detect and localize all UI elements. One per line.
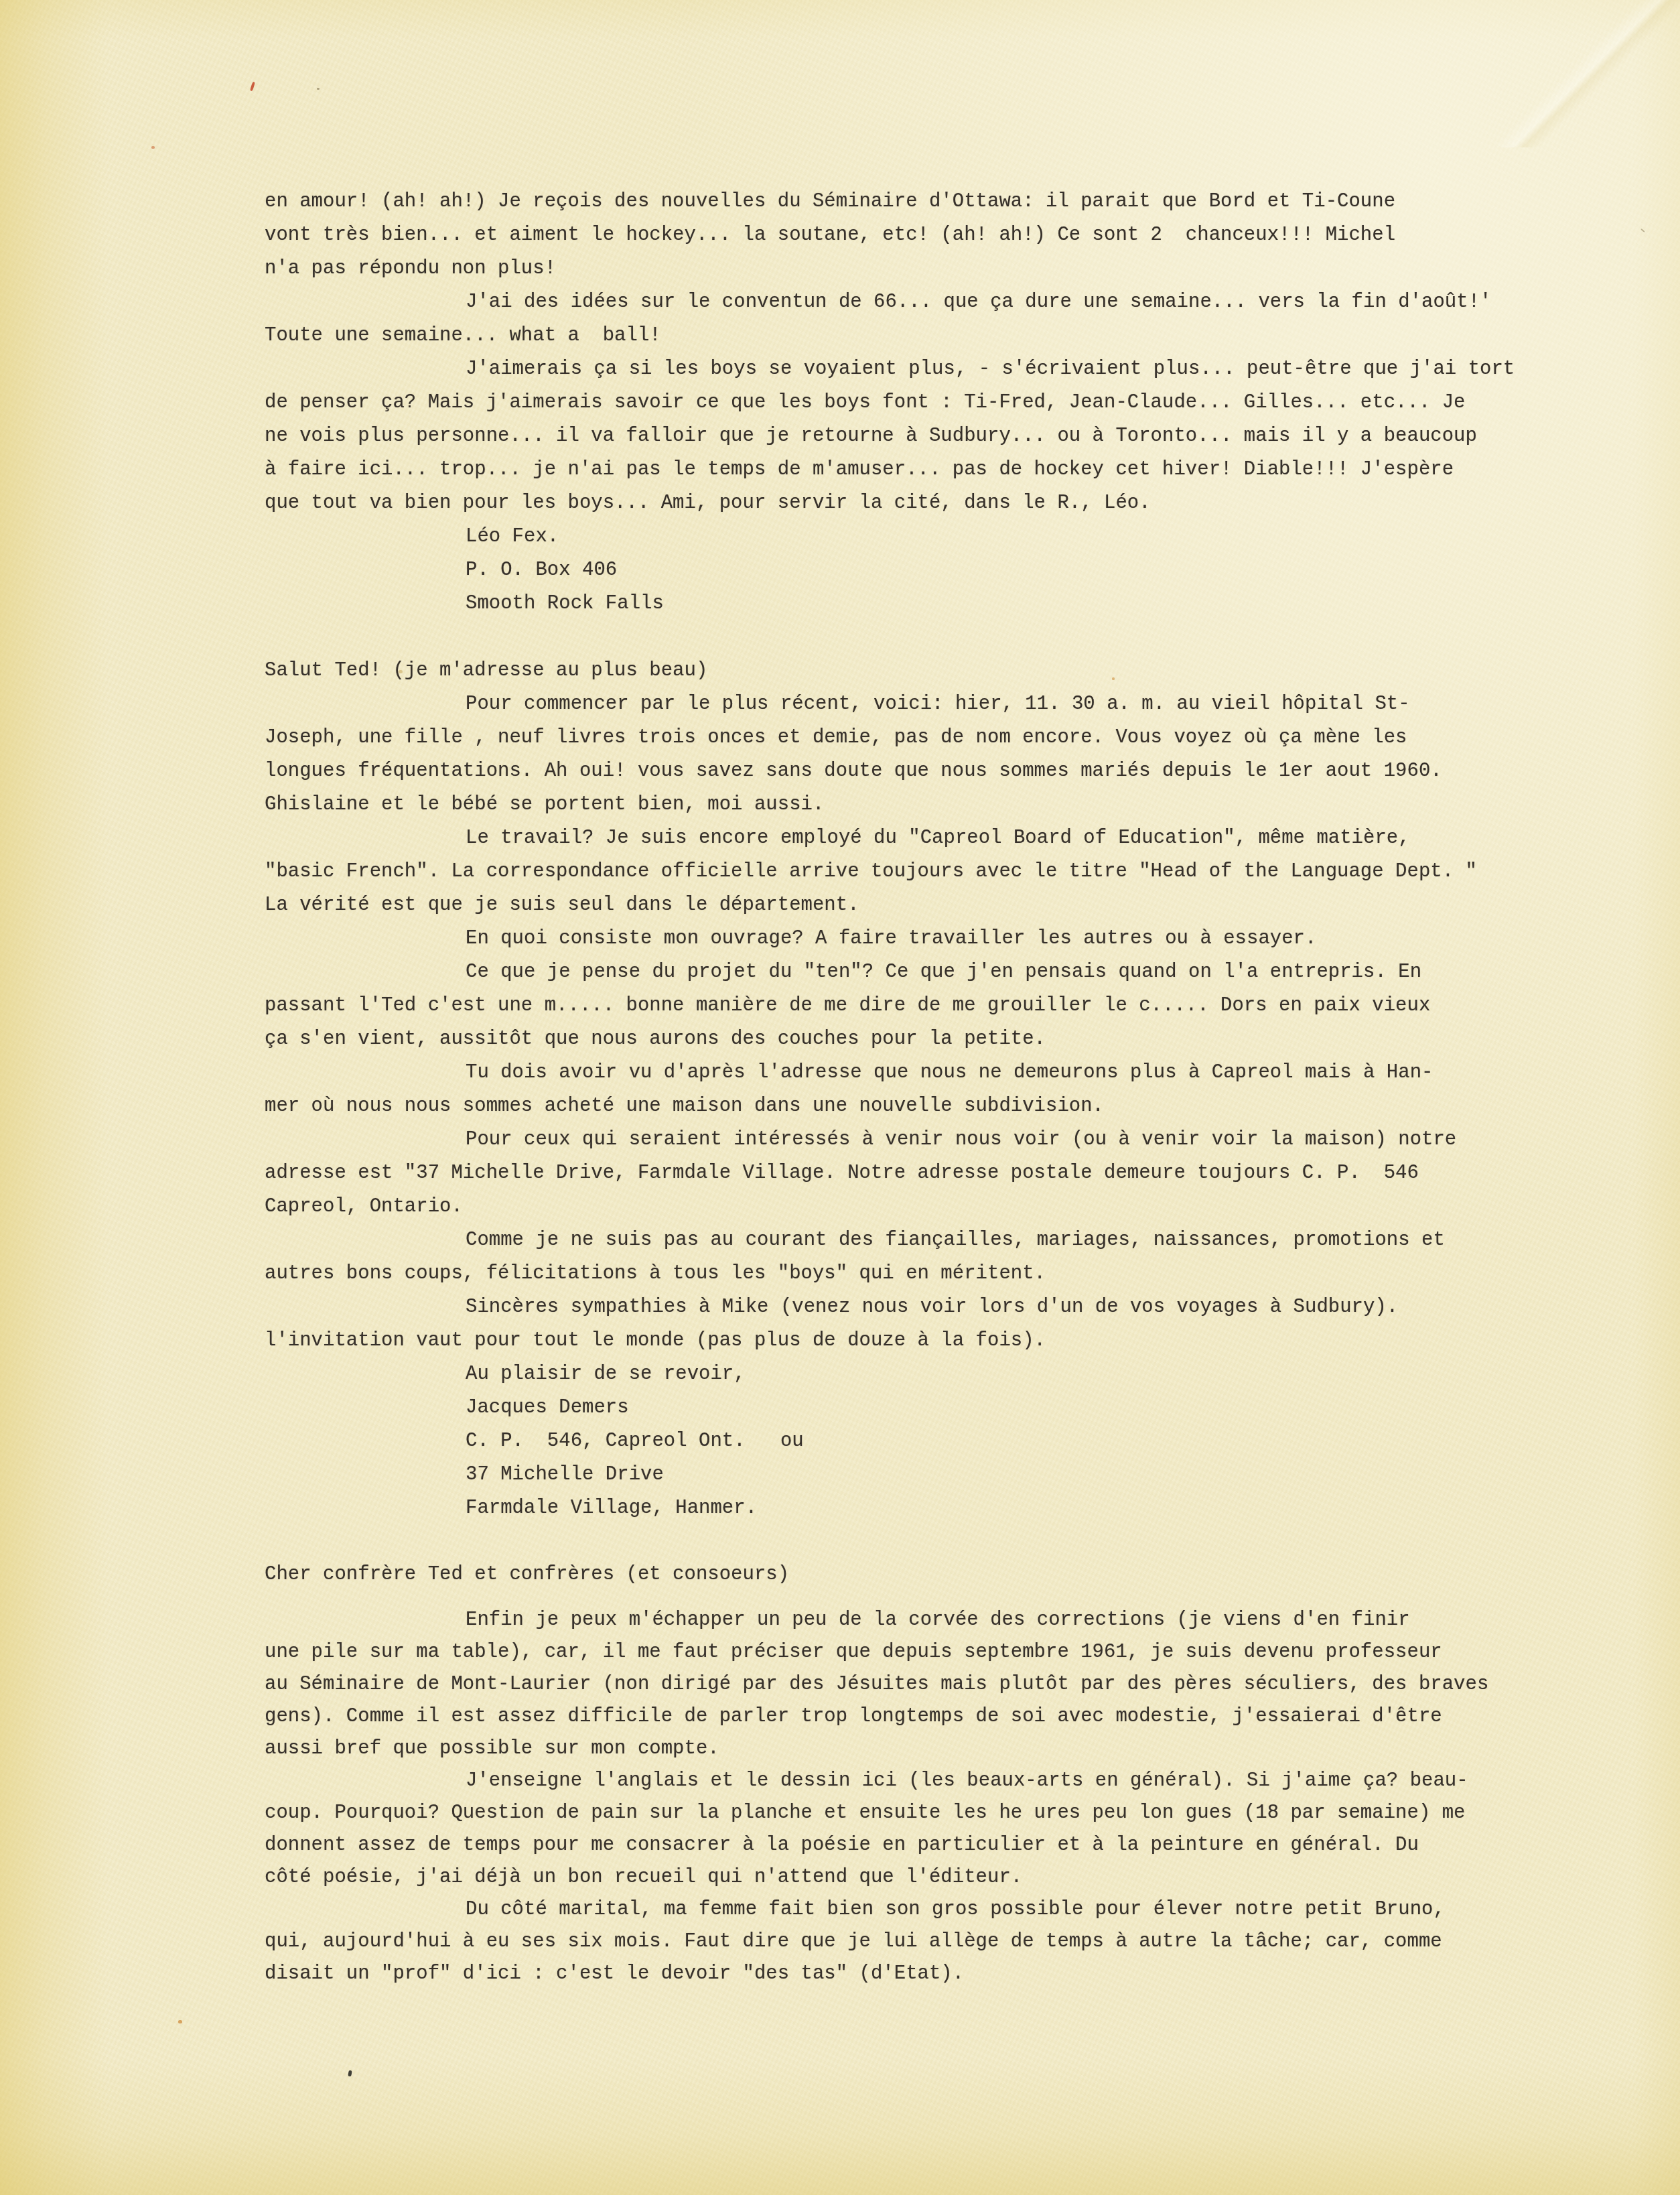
blank-line (265, 1591, 1537, 1604)
text-line: n'a pas répondu non plus! (265, 252, 1537, 285)
red-fiber-mark (250, 82, 255, 92)
text-line: passant l'Ted c'est une m..... bonne man… (265, 989, 1537, 1022)
text-line: disait un "prof" d'ici : c'est le devoir… (265, 1958, 1537, 1990)
letter-text: en amour! (ah! ah!) Je reçois des nouvel… (265, 185, 1537, 1990)
text-line: Sincères sympathies à Mike (venez nous v… (265, 1290, 1537, 1324)
text-line: En quoi consiste mon ouvrage? A faire tr… (265, 922, 1537, 955)
text-line: gens). Comme il est assez difficile de p… (265, 1701, 1537, 1733)
text-line: J'enseigne l'anglais et le dessin ici (l… (265, 1765, 1537, 1797)
text-line: Farmdale Village, Hanmer. (265, 1491, 1537, 1525)
text-line: C. P. 546, Capreol Ont. ou (265, 1424, 1537, 1458)
text-line: adresse est "37 Michelle Drive, Farmdale… (265, 1156, 1537, 1190)
third-confrere-letter: Cher confrère Ted et confrères (et conso… (265, 1558, 1537, 1990)
text-line: Léo Fex. (265, 520, 1537, 553)
text-line: qui, aujourd'hui à eu ses six mois. Faut… (265, 1926, 1537, 1958)
text-line: Pour commencer par le plus récent, voici… (265, 687, 1537, 721)
letter-page: en amour! (ah! ah!) Je reçois des nouvel… (0, 0, 1680, 2195)
text-line: Toute une semaine... what a ball! (265, 319, 1537, 352)
text-line: Capreol, Ontario. (265, 1190, 1537, 1223)
jacques-demers-letter: Salut Ted! (je m'adresse au plus beau)Po… (265, 654, 1537, 1525)
text-line: Cher confrère Ted et confrères (et conso… (265, 1558, 1537, 1591)
text-line: ne vois plus personne... il va falloir q… (265, 419, 1537, 453)
text-line: 37 Michelle Drive (265, 1458, 1537, 1491)
text-line: Ce que je pense du projet du "ten"? Ce q… (265, 955, 1537, 989)
text-line: Jacques Demers (265, 1391, 1537, 1424)
red-dot-mark (151, 146, 155, 149)
text-line: autres bons coups, félicitations à tous … (265, 1257, 1537, 1290)
text-line: Pour ceux qui seraient intéressés à veni… (265, 1123, 1537, 1156)
text-line: Tu dois avoir vu d'après l'adresse que n… (265, 1056, 1537, 1089)
text-line: vont très bien... et aiment le hockey...… (265, 218, 1537, 252)
leo-fex-letter: en amour! (ah! ah!) Je reçois des nouvel… (265, 185, 1537, 620)
text-line: Joseph, une fille , neuf livres trois on… (265, 721, 1537, 754)
text-line: à faire ici... trop... je n'ai pas le te… (265, 453, 1537, 486)
text-line: mer où nous nous sommes acheté une maiso… (265, 1089, 1537, 1123)
text-line: Salut Ted! (je m'adresse au plus beau) (265, 654, 1537, 687)
text-line: Enfin je peux m'échapper un peu de la co… (265, 1604, 1537, 1636)
text-line: côté poésie, j'ai déjà un bon recueil qu… (265, 1861, 1537, 1893)
text-line: P. O. Box 406 (265, 553, 1537, 587)
text-line: "basic French". La correspondance offici… (265, 855, 1537, 888)
text-line: coup. Pourquoi? Question de pain sur la … (265, 1797, 1537, 1829)
ink-fleck-bottom-mark (348, 2070, 352, 2077)
text-line: de penser ça? Mais j'aimerais savoir ce … (265, 386, 1537, 419)
text-line: La vérité est que je suis seul dans le d… (265, 888, 1537, 922)
text-line: Au plaisir de se revoir, (265, 1357, 1537, 1391)
text-line: Comme je ne suis pas au courant des fian… (265, 1223, 1537, 1257)
text-line: Le travail? Je suis encore employé du "C… (265, 821, 1537, 855)
text-line: Smooth Rock Falls (265, 587, 1537, 620)
text-line: Du côté marital, ma femme fait bien son … (265, 1893, 1537, 1926)
text-line: J'aimerais ça si les boys se voyaient pl… (265, 352, 1537, 386)
gray-dot-mark (317, 88, 320, 90)
text-line: l'invitation vaut pour tout le monde (pa… (265, 1324, 1537, 1357)
text-line: ça s'en vient, aussitôt que nous aurons … (265, 1022, 1537, 1056)
text-line: donnent assez de temps pour me consacrer… (265, 1829, 1537, 1861)
text-line: en amour! (ah! ah!) Je reçois des nouvel… (265, 185, 1537, 218)
text-line: Ghislaine et le bébé se portent bien, mo… (265, 788, 1537, 821)
orange-dot-bottom-mark (178, 2020, 182, 2023)
text-line: une pile sur ma table), car, il me faut … (265, 1636, 1537, 1668)
corner-crease (1492, 0, 1680, 147)
text-line: au Séminaire de Mont-Laurier (non dirigé… (265, 1668, 1537, 1701)
text-line: que tout va bien pour les boys... Ami, p… (265, 486, 1537, 520)
text-line: aussi bref que possible sur mon compte. (265, 1733, 1537, 1765)
fiber-right-mark (1640, 228, 1645, 232)
text-line: J'ai des idées sur le conventun de 66...… (265, 285, 1537, 319)
text-line: longues fréquentations. Ah oui! vous sav… (265, 754, 1537, 788)
